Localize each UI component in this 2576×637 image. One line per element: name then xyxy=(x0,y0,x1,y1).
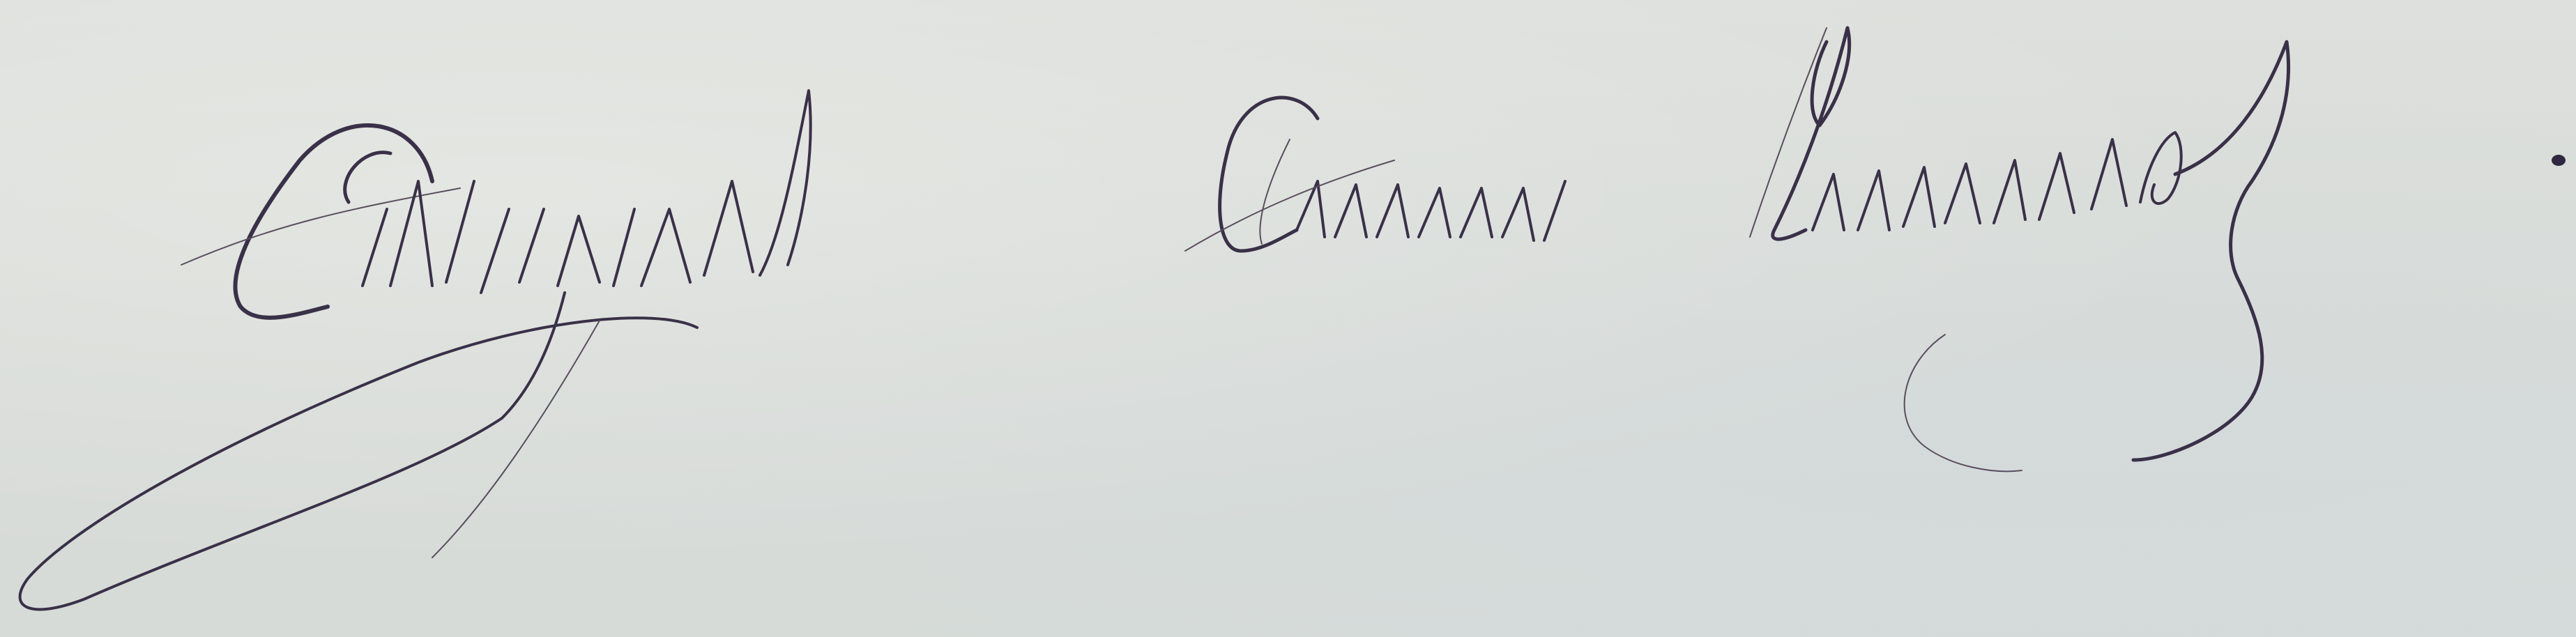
paper-sheet: Священникъ Симеонъ Чесночаковъ. xyxy=(0,0,2576,637)
signature-ink xyxy=(0,0,2576,637)
signature-word-2 xyxy=(1185,98,1565,251)
signature-period xyxy=(2552,155,2566,166)
signature-word-3 xyxy=(1750,28,2289,471)
signature-word-1 xyxy=(20,91,811,609)
